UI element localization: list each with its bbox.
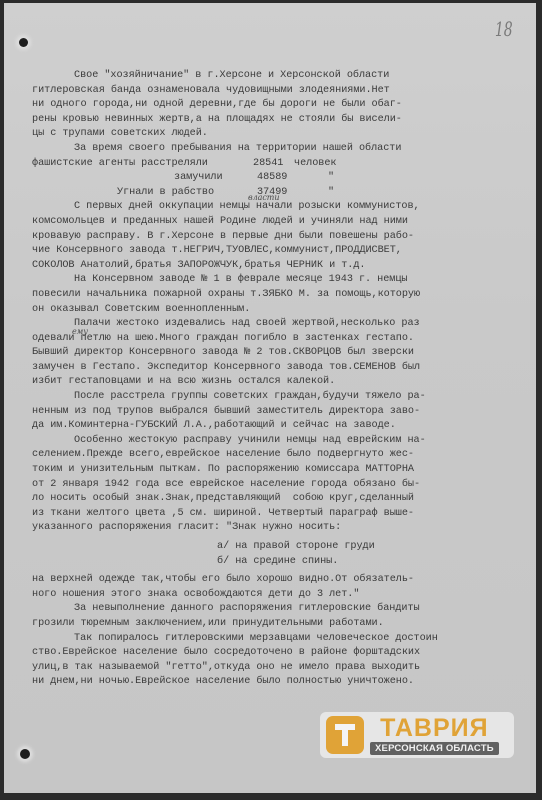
text-line: ненным из под трупов выбрался бывший зам… bbox=[32, 405, 522, 420]
document-body: Свое "хозяйничание" в г.Херсоне и Херсон… bbox=[32, 69, 522, 690]
text-line: улиц,в так называемой "гетто",откуда оно… bbox=[32, 661, 522, 676]
text-line: ни одного города,ни одной деревни,где бы… bbox=[32, 98, 522, 113]
list-item: а/ на правой стороне груди bbox=[32, 540, 522, 555]
watermark-logo: ТАВРИЯ ХЕРСОНСКАЯ ОБЛАСТЬ bbox=[320, 712, 514, 758]
paragraph-7: Особенно жестокую расправу учинили немцы… bbox=[32, 434, 522, 536]
stat-label: замучили bbox=[174, 171, 223, 186]
page-number: 18 bbox=[494, 17, 512, 41]
text-line: За время своего пребывания на территории… bbox=[32, 142, 522, 157]
stat-label: Угнали в рабство bbox=[117, 186, 214, 201]
text-line: цы с трупами советских людей. bbox=[32, 127, 522, 142]
document-page: 18 Свое "хозяйничание" в г.Херсоне и Хер… bbox=[4, 3, 536, 793]
text-line: ло носить особый знак.Знак,представляющи… bbox=[32, 492, 522, 507]
logo-t-icon bbox=[326, 716, 364, 754]
text-line: Свое "хозяйничание" в г.Херсоне и Херсон… bbox=[32, 69, 522, 84]
text-line: избит гестаповцами и на всю жизнь осталс… bbox=[32, 375, 522, 390]
handwritten-insertion: ему bbox=[72, 325, 88, 340]
text-line: За невыполнение данного распоряжения гит… bbox=[32, 602, 522, 617]
text-line: на верхней одежде так,чтобы его было хор… bbox=[32, 573, 522, 588]
paragraph-6: После расстрела группы советских граждан… bbox=[32, 390, 522, 434]
handwritten-insertion: власти bbox=[248, 191, 279, 206]
text-line: рены кровью невинных жертв,а на площадях… bbox=[32, 113, 522, 128]
list-item: б/ на средине спины. bbox=[32, 555, 522, 570]
text-line: фашистские агенты расстреляли bbox=[32, 157, 208, 172]
text-line: После расстрела группы советских граждан… bbox=[32, 390, 522, 405]
punch-hole-top bbox=[19, 38, 28, 47]
stats-row-tortured: замучили 48589 " bbox=[32, 171, 522, 186]
text-line: грозили тюремным заключением,или принуди… bbox=[32, 617, 522, 632]
text-line: чие Консервного завода т.НЕГРИЧ,ТУОВЛЕС,… bbox=[32, 244, 522, 259]
paragraph-9: За невыполнение данного распоряжения гит… bbox=[32, 602, 522, 631]
paragraph-4: На Консервном заводе № 1 в феврале месяц… bbox=[32, 273, 522, 317]
text-line: повесили начальника пожарной охраны т.ЗЯ… bbox=[32, 288, 522, 303]
text-line: он оказывал Советским военнопленным. bbox=[32, 303, 522, 318]
text-line: гитлеровская банда ознаменовала чудовищн… bbox=[32, 84, 522, 99]
text-line: кровавую расправу. В г.Херсоне в первые … bbox=[32, 230, 522, 245]
badge-placement-list: а/ на правой стороне груди б/ на средине… bbox=[32, 536, 522, 569]
stat-value: 48589 bbox=[257, 171, 287, 186]
text-line: да им.Коминтерна-ГУБСКИЙ Л.А.,работающий… bbox=[32, 419, 522, 434]
stat-value: 28541 bbox=[253, 157, 283, 172]
text-line: от 2 января 1942 года все еврейское насе… bbox=[32, 478, 522, 493]
stats-row-shot: фашистские агенты расстреляли 28541 чело… bbox=[32, 157, 522, 172]
text-line: токим и унизительным пыткам. По распоряж… bbox=[32, 463, 522, 478]
punch-hole-bottom bbox=[20, 749, 30, 759]
text-line: Так попиралось гитлеровскими мерзавцами … bbox=[32, 632, 522, 647]
text-line: указанного распоряжения гласит: "Знак ну… bbox=[32, 521, 522, 536]
text-line: На Консервном заводе № 1 в феврале месяц… bbox=[32, 273, 522, 288]
text-line: одевали петлю на шею.Много граждан погиб… bbox=[32, 332, 522, 347]
text-line: из ткани желтого цвета ,5 см. шириной. Ч… bbox=[32, 507, 522, 522]
text-line: Палачи жестоко издевались над своей жерт… bbox=[32, 317, 522, 332]
stat-unit: человек bbox=[294, 157, 336, 172]
paragraph-5: ему Палачи жестоко издевались над своей … bbox=[32, 317, 522, 390]
text-line: Особенно жестокую расправу учинили немцы… bbox=[32, 434, 522, 449]
text-line: комсомольцев и преданных нашей Родине лю… bbox=[32, 215, 522, 230]
text-line: замучен в Гестапо. Экспедитор Консервног… bbox=[32, 361, 522, 376]
paragraph-8: на верхней одежде так,чтобы его было хор… bbox=[32, 569, 522, 602]
paragraph-1: Свое "хозяйничание" в г.Херсоне и Херсон… bbox=[32, 69, 522, 142]
text-line: селением.Прежде всего,еврейское населени… bbox=[32, 448, 522, 463]
paragraph-10: Так попиралось гитлеровскими мерзавцами … bbox=[32, 632, 522, 690]
stat-unit: " bbox=[328, 186, 334, 201]
text-line: СОКОЛОВ Анатолий,братья ЗАПОРОЖЧУК,брать… bbox=[32, 259, 522, 274]
text-line: Бывший директор Консервного завода № 2 т… bbox=[32, 346, 522, 361]
logo-name: ТАВРИЯ bbox=[380, 716, 488, 740]
text-line: ни днем,ни ночью.Еврейское население был… bbox=[32, 675, 522, 690]
text-line: ного ношения этого знака освобождаются д… bbox=[32, 588, 522, 603]
stat-unit: " bbox=[328, 171, 334, 186]
paragraph-3: власти С первых дней оккупации немцы нач… bbox=[32, 200, 522, 273]
logo-region: ХЕРСОНСКАЯ ОБЛАСТЬ bbox=[370, 742, 499, 755]
text-line: ство.Еврейское население было сосредоточ… bbox=[32, 646, 522, 661]
